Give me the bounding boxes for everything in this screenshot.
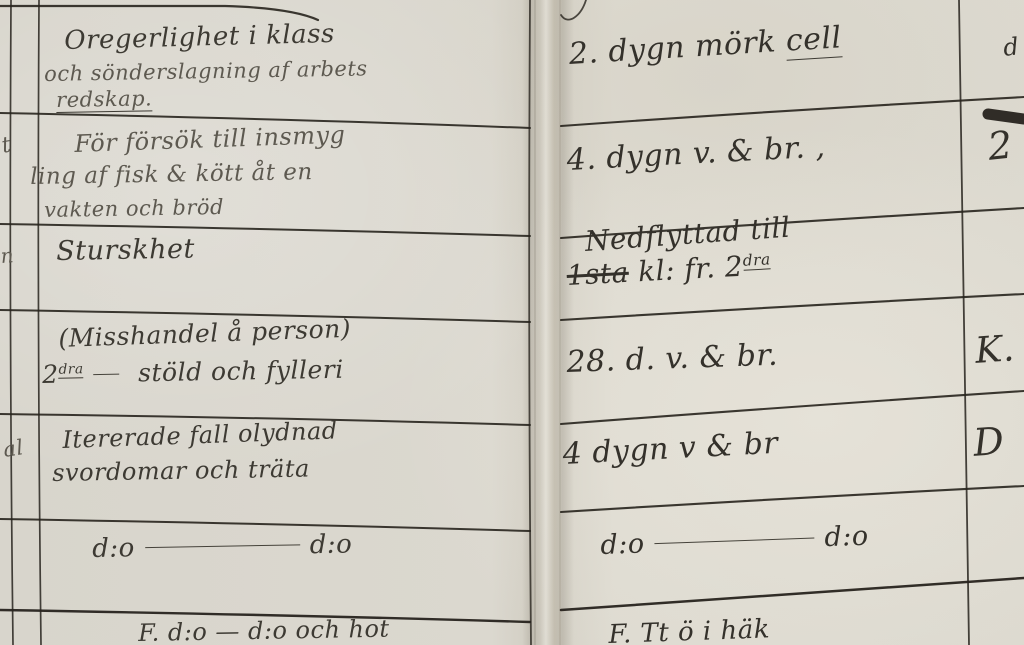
farcol-row4-initial: K. (974, 331, 1016, 370)
right-row1-line1: 2. dygn mörk cell (568, 23, 843, 70)
right-row6-ditto: d:od:o (600, 523, 869, 559)
right-row1-underlined-word: cell (785, 20, 843, 60)
left-row2-line1: För försök till insmyg (74, 123, 346, 156)
left-row2-line2: ling af fisk & kött åt en (30, 161, 313, 189)
left-row3-line1: Sturskhet (56, 236, 195, 265)
left-row1-line1: Oregerlighet i klass (64, 21, 335, 54)
left-row4-number: 2 (42, 360, 59, 389)
margin-fragment-1: t (0, 134, 13, 157)
right-row3-ordinal-suffix: dra (742, 250, 771, 270)
left-row1-line3: redskap. (56, 88, 152, 113)
left-page-edge (534, 0, 536, 645)
farcol-row2-fragment: 2 (986, 125, 1015, 165)
left-row6-ditto-right: d:o (309, 529, 352, 560)
left-row2-line3: vakten och bröd (44, 197, 224, 221)
right-page-edge (559, 0, 561, 645)
ledger-photo: t n al Oregerlighet i klass och söndersl… (0, 0, 1024, 645)
book-spine-gutter (522, 0, 574, 645)
left-row4-line1: (Misshandel å person) (58, 316, 351, 351)
right-row6-ditto-right: d:o (824, 521, 869, 554)
right-row3-mid: kl: fr. 2 (628, 250, 744, 289)
right-row3-struck-word: 1sta (566, 256, 630, 292)
right-row3-line2: 1sta kl: fr. 2dra (566, 251, 772, 290)
left-row6-ditto: d:od:o (92, 531, 353, 562)
left-row4-line2: 2dra stöld och fylleri (42, 357, 344, 387)
margin-fragment-2: n (0, 245, 15, 266)
right-row7-line1-partial: F. Tt ö i häk (608, 616, 770, 645)
left-row5-line1: Itererade fall olydnad (62, 418, 338, 452)
right-row1-text: 2. dygn mörk (568, 24, 787, 72)
left-row1-line2: och sönderslagning af arbets (44, 58, 368, 85)
left-row6-ditto-left: d:o (92, 533, 135, 564)
farcol-row1-fragment: d (1002, 34, 1020, 60)
left-row4-ordinal-suffix: dra (58, 361, 83, 378)
left-row4-dash (94, 372, 120, 374)
left-row7-line1-partial: F. d:o — d:o och hot (138, 617, 390, 645)
left-row4-rest: stöld och fylleri (129, 355, 344, 388)
farcol-row5-initial: D (972, 422, 1006, 462)
right-row2-line1: 4. dygn v. & br. , (566, 132, 826, 176)
right-row6-ditto-left: d:o (600, 528, 645, 561)
margin-fragment-3: al (2, 437, 25, 461)
right-row4-line1: 28. d. v. & br. (566, 341, 778, 378)
left-row6-ditto-line (145, 543, 300, 548)
left-row5-line2: svordomar och träta (52, 457, 310, 485)
right-row6-ditto-line (655, 536, 815, 544)
right-row3-line1: Nedflyttad till (584, 214, 791, 256)
right-row5-line1: 4 dygn v & br (562, 429, 779, 470)
